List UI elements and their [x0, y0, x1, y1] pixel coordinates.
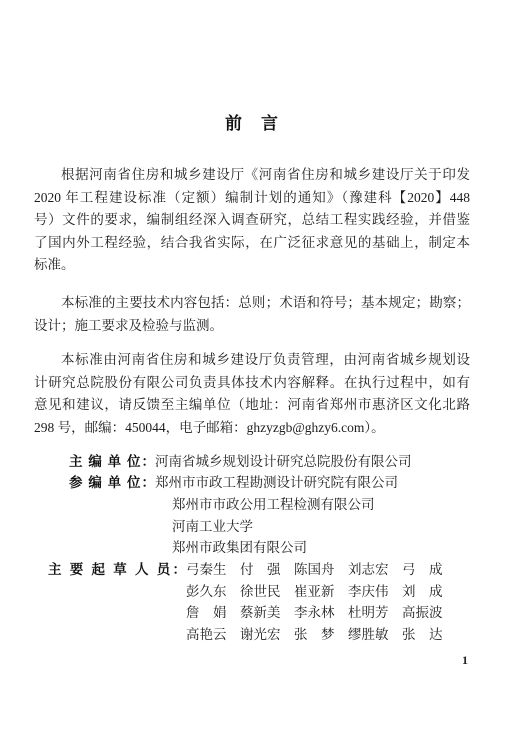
participating-editor-row: 参 编 单 位： 郑州市市政工程勘测设计研究院有限公司 [34, 472, 470, 494]
paragraph-line: 本标准由河南省住房和城乡建设厅负责管理，由河南省城乡规划设 [34, 349, 470, 372]
paragraph-line: 了国内外工程经验，结合我省实际，在广泛征求意见的基础上，制定本 [34, 232, 470, 255]
drafters-row: 主 要 起 草 人 员： 弓秦生 付 强 陈国舟 刘志宏 弓 成 [34, 559, 470, 581]
participating-editor-name: 河南工业大学 [172, 516, 470, 538]
paragraph-line: 标准。 [34, 254, 470, 277]
editing-units-section: 主 编 单 位： 河南省城乡规划设计研究总院股份有限公司 参 编 单 位： 郑州… [34, 451, 470, 646]
chief-editor-label: 主 编 单 位： [69, 451, 155, 473]
drafter-names: 弓秦生 付 强 陈国舟 刘志宏 弓 成 [186, 559, 443, 581]
paragraph-line: 号）文件的要求，编制组经深入调查研究，总结工程实践经验，并借鉴 [34, 209, 470, 232]
chief-editor-name: 河南省城乡规划设计研究总院股份有限公司 [155, 451, 412, 473]
paragraph-line: 本标准的主要技术内容包括：总则；术语和符号；基本规定；勘察； [34, 292, 470, 315]
paragraph-contents: 本标准的主要技术内容包括：总则；术语和符号；基本规定；勘察； 设计；施工要求及检… [34, 292, 470, 337]
drafter-names: 彭久东 徐世民 崔亚新 李庆伟 刘 成 [186, 581, 470, 603]
participating-editors-label: 参 编 单 位： [69, 472, 155, 494]
paragraph-line: 2020 年工程建设标准（定额）编制计划的通知》（豫建科【2020】448 [34, 187, 470, 210]
participating-editor-name: 郑州市市政公用工程检测有限公司 [172, 494, 470, 516]
chief-editor-row: 主 编 单 位： 河南省城乡规划设计研究总院股份有限公司 [34, 451, 470, 473]
participating-editor-name: 郑州市政集团有限公司 [172, 537, 470, 559]
paragraph-line: 设计；施工要求及检验与监测。 [34, 315, 470, 338]
drafters-label: 主 要 起 草 人 员： [48, 559, 186, 581]
paragraph-line: 298 号，邮编：450044，电子邮箱：ghzyzgb@ghzy6.com）。 [34, 417, 470, 440]
paragraph-basis: 根据河南省住房和城乡建设厅《河南省住房和城乡建设厅关于印发 2020 年工程建设… [34, 164, 470, 277]
paragraph-management: 本标准由河南省住房和城乡建设厅负责管理，由河南省城乡规划设 计研究总院股份有限公… [34, 349, 470, 439]
page-content: 前 言 根据河南省住房和城乡建设厅《河南省住房和城乡建设厅关于印发 2020 年… [34, 0, 470, 646]
paragraph-line: 计研究总院股份有限公司负责具体技术内容解释。在执行过程中，如有 [34, 372, 470, 395]
page-title: 前 言 [34, 112, 470, 135]
paragraph-line: 根据河南省住房和城乡建设厅《河南省住房和城乡建设厅关于印发 [34, 164, 470, 187]
document-page: 前 言 根据河南省住房和城乡建设厅《河南省住房和城乡建设厅关于印发 2020 年… [0, 0, 515, 747]
paragraph-line: 意见和建议，请反馈至主编单位（地址：河南省郑州市惠济区文化北路 [34, 394, 470, 417]
participating-editor-name: 郑州市市政工程勘测设计研究院有限公司 [155, 472, 398, 494]
page-number: 1 [458, 653, 472, 668]
drafter-names: 高艳云 谢光宏 张 梦 缪胜敏 张 达 [186, 624, 470, 646]
drafter-names: 詹 娟 蔡新美 李永林 杜明芳 高振波 [186, 602, 470, 624]
